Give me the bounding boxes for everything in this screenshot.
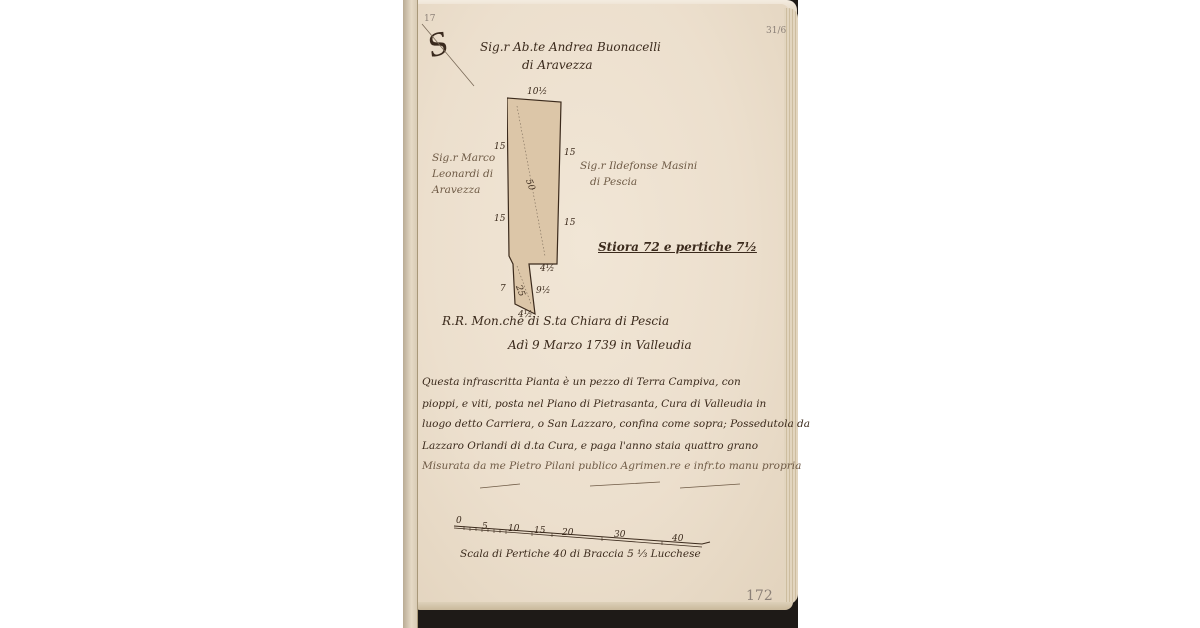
description-line-4: Lazzaro Orlandi di d.ta Cura, e paga l'a… xyxy=(422,440,758,452)
description-line-5: Misurata da me Pietro Pilani publico Agr… xyxy=(422,460,801,472)
scale-tick-15: 15 xyxy=(534,526,545,536)
measure-left-bottom: 7 xyxy=(500,284,506,294)
area-label: Stiora 72 e pertiche 7½ xyxy=(598,240,757,254)
scale-caption: Scala di Pertiche 40 di Braccia 5 ⅓ Lucc… xyxy=(460,548,701,560)
description-line-3: luogo detto Carriera, o San Lazzaro, con… xyxy=(422,418,810,430)
book-spine xyxy=(403,0,418,628)
north-owner-line1: Sig.r Ab.te Andrea Buonacelli xyxy=(480,40,661,54)
scale-tick-5: 5 xyxy=(482,522,488,532)
measure-left-upper: 15 xyxy=(494,142,505,152)
measure-notch: 4½ xyxy=(540,264,554,274)
west-owner-line2: Leonardi di xyxy=(432,168,493,180)
page-edge-right xyxy=(784,8,798,604)
east-owner-line1: Sig.r Ildefonse Masini xyxy=(580,160,697,172)
east-owner-line2: di Pescia xyxy=(590,176,637,188)
scale-tick-20: 20 xyxy=(562,528,573,538)
scale-tick-0: 0 xyxy=(456,516,462,526)
scale-tick-30: 30 xyxy=(614,530,625,540)
page-number: 172 xyxy=(746,588,773,604)
line-fill-strokes-icon xyxy=(480,476,780,492)
plot-map-drawing xyxy=(507,96,567,316)
measure-right-lower: 15 xyxy=(564,218,575,228)
measure-notch-side: 9½ xyxy=(536,286,550,296)
scale-tick-40: 40 xyxy=(672,534,683,544)
pencil-reference: 31/6 xyxy=(766,26,786,36)
measure-left-lower: 15 xyxy=(494,214,505,224)
north-owner-line2: di Aravezza xyxy=(522,58,593,72)
measure-right-upper: 15 xyxy=(564,148,575,158)
manuscript-page xyxy=(417,4,789,604)
description-line-1: Questa infrascritta Pianta è un pezzo di… xyxy=(422,376,741,388)
section-flourish-icon xyxy=(418,20,478,90)
page-edge-bottom xyxy=(417,602,793,610)
west-owner-line1: Sig.r Marco xyxy=(432,152,495,164)
south-owner: R.R. Mon.che di S.ta Chiara di Pescia xyxy=(442,314,669,328)
description-line-2: pioppi, e viti, posta nel Piano di Pietr… xyxy=(422,398,766,410)
scale-tick-10: 10 xyxy=(508,524,519,534)
measure-top: 10½ xyxy=(527,87,547,97)
west-owner-line3: Aravezza xyxy=(432,184,480,196)
survey-date: Adì 9 Marzo 1739 in Valleudia xyxy=(508,338,692,352)
